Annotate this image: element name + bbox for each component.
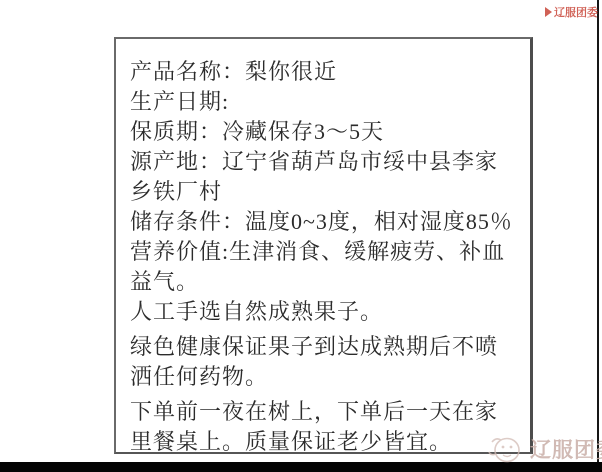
- delivery-promise-line-2: 里餐桌上。质量保证老少皆宜。: [130, 427, 520, 454]
- delivery-promise-line-1: 下单前一夜在树上，下单后一天在家: [130, 397, 520, 427]
- product-name-line: 产品名称：梨你很近: [130, 57, 520, 87]
- right-edge-rule: [597, 0, 599, 462]
- origin-line-1: 源产地：辽宁省葫芦岛市绥中县李家: [130, 147, 520, 177]
- hand-picked-line: 人工手选自然成熟果子。: [130, 297, 520, 327]
- top-right-stamp-label: 辽服团委: [554, 4, 598, 20]
- mascot-logo-icon: [484, 432, 526, 466]
- bottom-right-watermark: 辽服团委: [484, 432, 602, 466]
- top-right-brand-stamp: 辽服团委: [545, 4, 598, 20]
- origin-line-2: 乡铁厂村: [130, 177, 520, 207]
- watermark-label: 辽服团委: [530, 434, 602, 464]
- storage-condition-line: 储存条件：温度0~3度，相对湿度85％: [130, 207, 520, 237]
- flag-icon: [545, 7, 552, 17]
- nutrition-line-2: 益气。: [130, 267, 520, 297]
- nutrition-line-1: 营养价值:生津消食、缓解疲劳、补血: [130, 237, 520, 267]
- product-info-card: 产品名称：梨你很近 生产日期: 保质期：冷藏保存3～5天 源产地：辽宁省葫芦岛市…: [114, 37, 533, 454]
- green-health-line-1: 绿色健康保证果子到达成熟期后不喷: [130, 332, 520, 362]
- shelf-life-line: 保质期：冷藏保存3～5天: [130, 117, 520, 147]
- production-date-line: 生产日期:: [130, 87, 520, 117]
- green-health-line-2: 洒任何药物。: [130, 362, 520, 392]
